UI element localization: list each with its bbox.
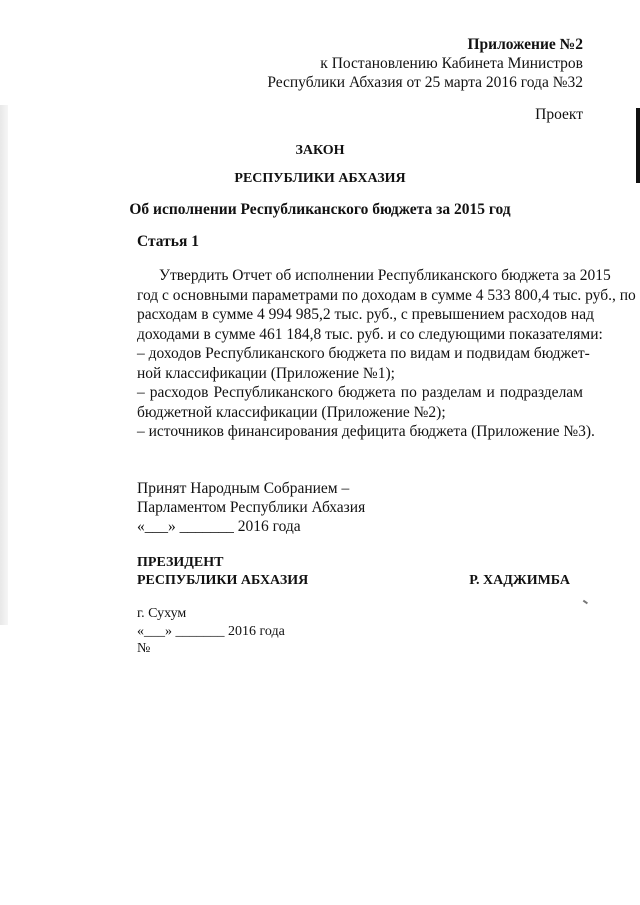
article-heading: Статья 1 [137,233,199,251]
adoption-line-1: Принят Народным Собранием – [137,479,349,499]
draft-label: Проект [535,106,583,124]
article-line: – источников финансирования дефицита бюд… [137,422,583,442]
article-line: ной классификации (Приложение №1); [137,364,583,384]
article-line: Утвердить Отчет об исполнении Республика… [137,266,583,286]
article-line: бюджетной классификации (Приложение №2); [137,403,583,423]
republic-title: РЕСПУБЛИКИ АБХАЗИЯ [0,171,640,187]
article-line: год с основными параметрами по доходам в… [137,286,583,306]
article-line: расходам в сумме 4 994 985,2 тыс. руб., … [137,305,583,325]
president-name: Р. ХАДЖИМБА [469,573,570,589]
article-body: Утвердить Отчет об исполнении Республика… [137,266,583,442]
president-title: ПРЕЗИДЕНТ [137,555,223,571]
appendix-number: Приложение №2 [467,36,583,54]
appendix-decree-line: к Постановлению Кабинета Министров [320,55,583,73]
appendix-decree-date: Республики Абхазия от 25 марта 2016 года… [267,74,583,92]
law-title: ЗАКОН [0,143,640,159]
scan-speck [583,600,588,604]
adoption-line-2: Парламентом Республики Абхазия [137,498,365,518]
article-line: – расходов Республиканского бюджета по р… [137,383,583,403]
president-republic: РЕСПУБЛИКИ АБХАЗИЯ [137,573,308,589]
adoption-date: «___» _______ 2016 года [137,517,301,537]
law-subject: Об исполнении Республиканского бюджета з… [0,201,640,219]
article-line: доходами в сумме 461 184,8 тыс. руб. и с… [137,325,583,345]
city: г. Сухум [137,606,186,622]
footer-number: № [137,641,150,657]
article-line: – доходов Республиканского бюджета по ви… [137,344,583,364]
footer-date: «___» _______ 2016 года [137,624,285,640]
